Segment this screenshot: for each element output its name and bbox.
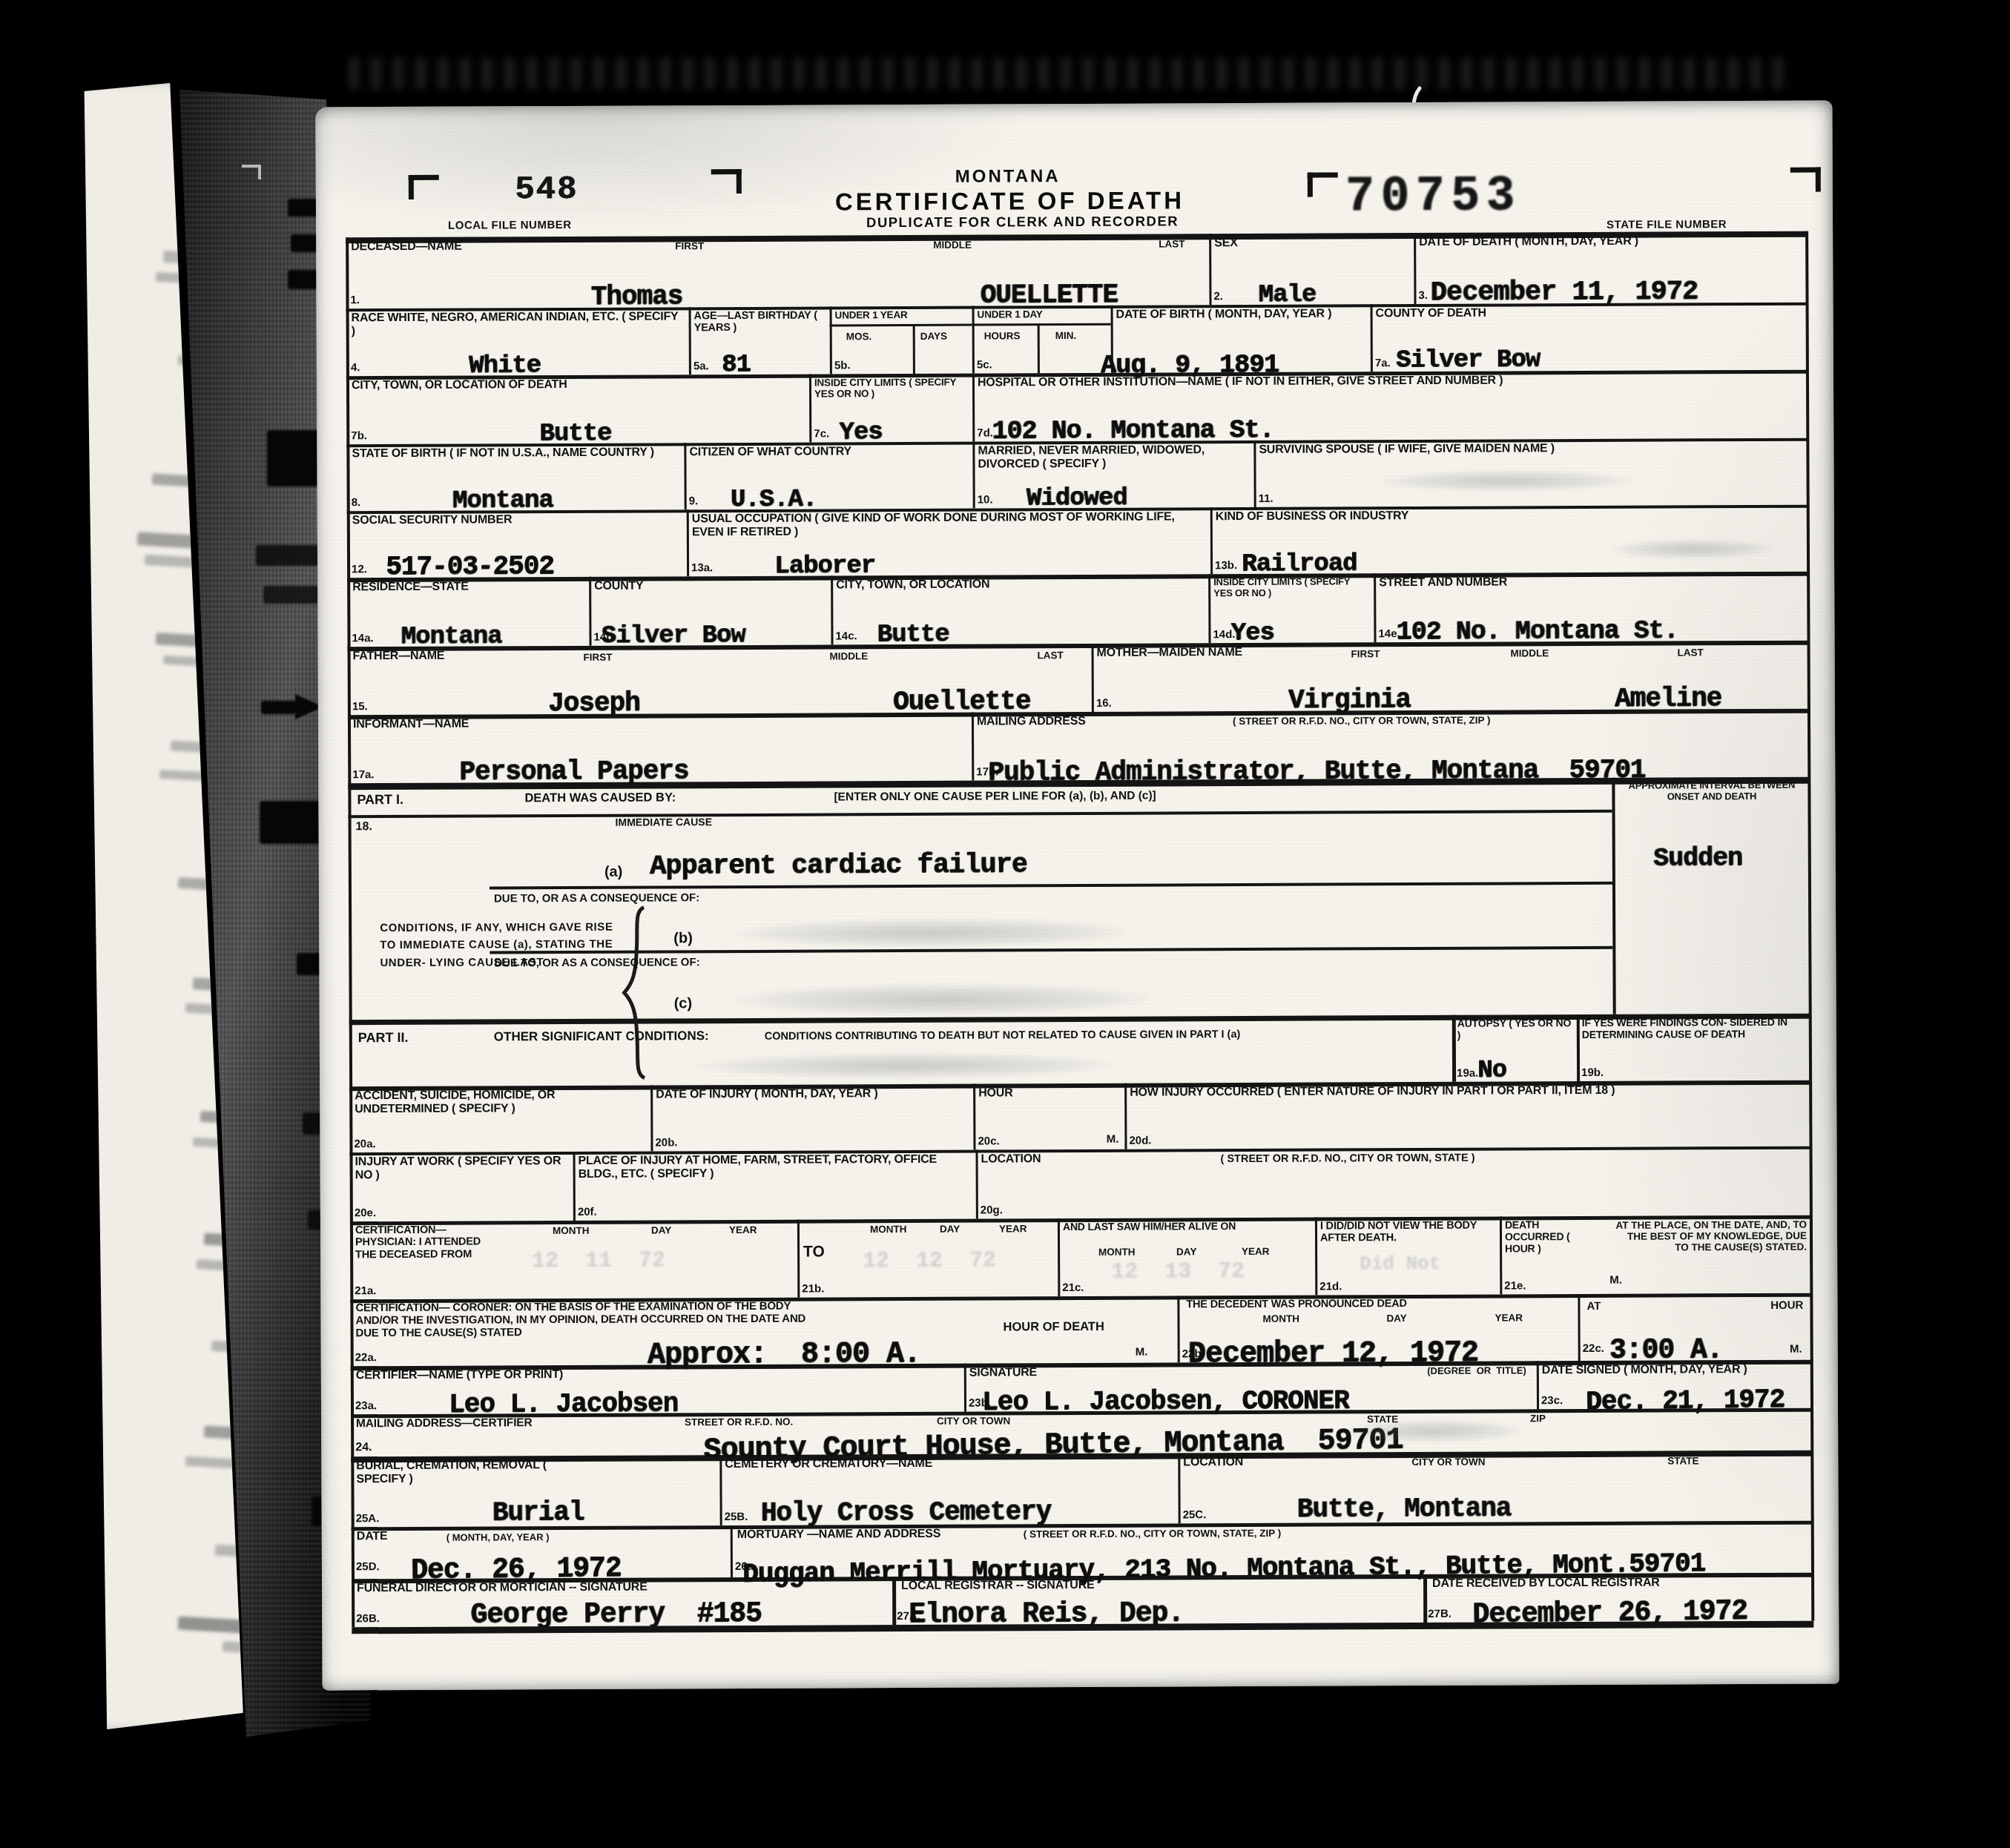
field-label: SOCIAL SECURITY NUMBER — [352, 513, 513, 527]
field-state-of-birth: STATE OF BIRTH ( IF NOT IN U.S.A., NAME … — [346, 443, 684, 511]
column-label: MOS. — [846, 331, 872, 342]
field-number: 22c. — [1583, 1342, 1604, 1355]
field-county-of-death: COUNTY OF DEATH 7a. Silver Bow — [1371, 303, 1808, 372]
field-date-of-injury: DATE OF INJURY ( MONTH, DAY, YEAR ) 20b. — [650, 1084, 973, 1152]
form-title: CERTIFICATE OF DEATH — [835, 186, 1184, 216]
field-label: DATE SIGNED ( MONTH, DAY, YEAR ) — [1542, 1363, 1747, 1377]
field-deceased-name: DECEASED—NAME FIRST MIDDLE LAST 1. Thoma… — [346, 234, 1209, 308]
ghost-text: 12 13 72 — [1111, 1259, 1245, 1285]
field-label: LOCATION — [1183, 1456, 1243, 1469]
field-number: 15. — [352, 700, 368, 713]
column-label: YEAR — [1242, 1246, 1270, 1257]
field-father-name: FATHER—NAME FIRST MIDDLE LAST 15. Joseph… — [348, 644, 1092, 715]
field-label: INSIDE CITY LIMITS ( SPECIFY YES OR NO ) — [814, 377, 969, 400]
column-label: MONTH — [1262, 1313, 1299, 1324]
column-label: MIDDLE — [1511, 647, 1549, 659]
field-value: Butte, Montana — [1297, 1495, 1512, 1522]
field-date-received: DATE RECEIVED BY LOCAL REGISTRAR 27B. De… — [1423, 1573, 1813, 1623]
column-label: DAY — [1386, 1313, 1406, 1324]
ghost-text: 12 11 72 — [532, 1248, 665, 1274]
field-label: AND LAST SAW HIM/HER ALIVE ON — [1063, 1221, 1312, 1233]
field-marital-status: MARRIED, NEVER MARRIED, WIDOWED, DIVORCE… — [972, 440, 1253, 509]
field-last-saw-alive: AND LAST SAW HIM/HER ALIVE ON MONTH DAY … — [1058, 1218, 1315, 1297]
crop-mark — [242, 165, 261, 179]
field-inside-city-limits: INSIDE CITY LIMITS ( SPECIFY YES OR NO )… — [809, 374, 972, 443]
field-number: 25C. — [1183, 1508, 1207, 1521]
field-cert-physician: CERTIFICATION— PHYSICIAN: I ATTENDED THE… — [350, 1220, 797, 1300]
field-autopsy-findings: IF YES WERE FINDINGS CON- SIDERED IN DET… — [1577, 1014, 1811, 1081]
field-label: CERTIFICATION— CORONER: ON THE BASIS OF … — [355, 1300, 830, 1340]
column-label: FIRST — [1351, 648, 1380, 659]
field-number: 1. — [350, 294, 360, 306]
field-value: Joseph — [548, 690, 640, 718]
local-file-number: 548 — [515, 171, 578, 208]
field-number: 16. — [1096, 697, 1112, 710]
stain — [735, 983, 1150, 1016]
field-cert-physician-to: TO MONTH DAY YEAR 21b. 12 12 72 — [797, 1218, 1058, 1298]
field-label: BURIAL, CREMATION, REMOVAL ( SPECIFY ) — [356, 1459, 564, 1486]
field-sublabel: ( STREET OR R.F.D. NO., CITY OR TOWN, ST… — [1024, 1528, 1282, 1540]
meridiem-label: M. — [1790, 1343, 1802, 1356]
field-number: 20c. — [978, 1135, 999, 1147]
ghost-text: Did Not — [1360, 1253, 1440, 1275]
field-date-signed: DATE SIGNED ( MONTH, DAY, YEAR ) 23c. De… — [1537, 1360, 1813, 1410]
field-date-of-death: DATE OF DEATH ( MONTH, DAY, YEAR ) 3. De… — [1414, 231, 1808, 304]
column-label: DAYS — [920, 331, 947, 342]
field-residence-limits: INSIDE CITY LIMITS ( SPECIFY YES OR NO )… — [1208, 573, 1374, 643]
field-value: Sudden — [1653, 845, 1742, 872]
field-how-injury: HOW INJURY OCCURRED ( ENTER NATURE OF IN… — [1124, 1080, 1811, 1149]
field-number: 5a. — [693, 360, 709, 372]
field-date-of-birth: DATE OF BIRTH ( MONTH, DAY, YEAR ) Aug. … — [1111, 304, 1371, 373]
microfilm-scan-death-certificate: 548 LOCAL FILE NUMBER MONTANA CERTIFICAT… — [0, 0, 2010, 1848]
field-number: 20g. — [981, 1204, 1003, 1216]
field-label: CERTIFICATION— PHYSICIAN: I ATTENDED THE… — [355, 1224, 485, 1261]
field-place-of-injury: PLACE OF INJURY AT HOME, FARM, STREET, F… — [573, 1150, 976, 1221]
binding-mark — [261, 701, 297, 714]
field-label: FATHER—NAME — [353, 650, 445, 664]
rule — [490, 882, 1612, 890]
field-label: AUTOPSY ( YES OR NO ) — [1457, 1017, 1577, 1041]
field-label: MAILING ADDRESS — [977, 715, 1086, 729]
field-label: DATE OF DEATH ( MONTH, DAY, YEAR ) — [1419, 235, 1638, 249]
field-number: 20f. — [578, 1206, 597, 1218]
field-number: 13b. — [1215, 559, 1237, 572]
field-value: Thomas — [590, 283, 682, 311]
field-label: TO — [803, 1243, 825, 1261]
field-mother-name: MOTHER—MAIDEN NAME FIRST MIDDLE LAST 16.… — [1092, 641, 1810, 712]
hour-of-death-label: HOUR OF DEATH — [1003, 1320, 1104, 1335]
column-label: YEAR — [729, 1224, 757, 1235]
field-age: AGE—LAST BIRTHDAY ( YEARS ) 5a. 81 — [689, 306, 830, 374]
column-label: MIN. — [1055, 330, 1077, 341]
stain — [734, 918, 1127, 948]
field-number: 21a. — [355, 1284, 376, 1297]
field-value: George Perry #185 — [470, 1600, 762, 1630]
part1-interval-column: APPROXIMATE INTERVAL BETWEEN ONSET AND D… — [1612, 777, 1810, 1014]
field-residence-city: CITY, TOWN, OR LOCATION 14c. Butte — [831, 574, 1208, 644]
field-label: STATE OF BIRTH ( IF NOT IN U.S.A., NAME … — [352, 446, 679, 461]
field-label: SIGNATURE — [969, 1366, 1037, 1379]
field-city-of-death: CITY, TOWN, OR LOCATION OF DEATH 7b. But… — [346, 374, 809, 445]
column-label: MIDDLE — [830, 650, 869, 661]
field-number: 26B. — [356, 1612, 380, 1625]
field-label: KIND OF BUSINESS OR INDUSTRY — [1216, 509, 1409, 524]
death-certificate-page: 548 LOCAL FILE NUMBER MONTANA CERTIFICAT… — [315, 101, 1839, 1691]
column-label: CITY OR TOWN — [1411, 1456, 1485, 1468]
field-label: PLACE OF INJURY AT HOME, FARM, STREET, F… — [579, 1153, 969, 1181]
field-label: APPROXIMATE INTERVAL BETWEEN ONSET AND D… — [1618, 780, 1805, 802]
part1-title: PART I. — [357, 792, 403, 808]
stain — [1611, 539, 1774, 559]
field-ssn: SOCIAL SECURITY NUMBER 12. 517-03-2502 — [347, 509, 687, 578]
field-burial-date: DATE ( MONTH, DAY, YEAR ) 25D. Dec. 26, … — [352, 1525, 731, 1579]
column-label: DAY — [1176, 1246, 1196, 1257]
part2-section: PART II. OTHER SIGNIFICANT CONDITIONS: C… — [349, 1015, 1452, 1086]
film-noise — [349, 58, 1795, 89]
field-label: HOSPITAL OR OTHER INSTITUTION—NAME ( IF … — [978, 374, 1503, 389]
column-label: DAY — [940, 1224, 960, 1235]
field-label: COUNTY OF DEATH — [1376, 307, 1486, 321]
field-surviving-spouse: SURVIVING SPOUSE ( IF WIFE, GIVE MAIDEN … — [1253, 438, 1808, 507]
column-label: HOURS — [984, 330, 1021, 341]
field-value: December 26, 1972 — [1472, 1597, 1747, 1629]
field-label: MORTUARY —NAME AND ADDRESS — [737, 1528, 941, 1542]
field-number: 21b. — [802, 1282, 824, 1295]
field-label: AGE—LAST BIRTHDAY ( YEARS ) — [694, 309, 827, 334]
field-industry: KIND OF BUSINESS OR INDUSTRY 13b. Railro… — [1210, 505, 1809, 575]
immediate-cause-label: IMMEDIATE CAUSE — [616, 816, 712, 828]
field-number: 14a. — [352, 632, 373, 644]
field-number: 19a. — [1457, 1067, 1478, 1080]
field-label: CEMETERY OR CREMATORY—NAME — [725, 1457, 932, 1471]
field-label: CERTIFIER—NAME (TYPE OR PRINT) — [356, 1368, 563, 1382]
field-label: ACCIDENT, SUICIDE, HOMICIDE, OR UNDETERM… — [355, 1089, 646, 1117]
field-number: 19b. — [1581, 1066, 1604, 1079]
field-number: 25A. — [356, 1512, 380, 1525]
registration-mark — [1308, 172, 1338, 197]
meridiem-label: M. — [1136, 1346, 1148, 1359]
field-label: IF YES WERE FINDINGS CON- SIDERED IN DET… — [1582, 1017, 1807, 1041]
field-label: DATE OF BIRTH ( MONTH, DAY, YEAR ) — [1116, 307, 1366, 322]
field-number: 23c. — [1541, 1394, 1563, 1407]
field-number: 2. — [1213, 290, 1223, 303]
field-value: Holy Cross Cemetery — [761, 1499, 1052, 1527]
field-number: 21c. — [1062, 1281, 1084, 1294]
field-label: UNDER 1 YEAR — [835, 309, 908, 321]
part2-sublabel: CONDITIONS CONTRIBUTING TO DEATH BUT NOT… — [765, 1028, 1432, 1043]
field-number: 27B. — [1428, 1608, 1452, 1620]
column-label: LAST — [1038, 650, 1064, 661]
field-race: RACE WHITE, NEGRO, AMERICAN INDIAN, ETC.… — [346, 307, 689, 376]
column-label: STATE — [1667, 1455, 1698, 1466]
field-label: COUNTY — [594, 580, 643, 593]
field-label: MAILING ADDRESS—CERTIFIER — [356, 1416, 532, 1430]
field-number: 14c. — [835, 630, 857, 642]
local-file-number-label: LOCAL FILE NUMBER — [448, 219, 572, 232]
field-label: RACE WHITE, NEGRO, AMERICAN INDIAN, ETC.… — [352, 310, 685, 338]
part2-label: OTHER SIGNIFICANT CONDITIONS: — [494, 1029, 709, 1044]
stain — [1380, 470, 1632, 492]
column-label: LAST — [1159, 238, 1184, 249]
meridiem-label: M. — [1609, 1274, 1622, 1287]
field-hour-of-injury: HOUR 20c. M. — [973, 1083, 1124, 1150]
field-injury-at-work: INJURY AT WORK ( SPECIFY YES OR NO ) 20e… — [350, 1152, 573, 1221]
field-label: CITY, TOWN, OR LOCATION — [836, 578, 989, 593]
field-number: 25D. — [356, 1560, 380, 1573]
cause-line-a-label: (a) — [604, 864, 623, 881]
cause-line-c-label: (c) — [674, 995, 693, 1012]
column-label: LAST — [1678, 647, 1704, 658]
meridiem-label: M. — [1107, 1133, 1119, 1146]
part1-caused-by-label: DEATH WAS CAUSED BY: — [524, 791, 676, 805]
column-label: YEAR — [1495, 1312, 1523, 1323]
field-label: CITY, TOWN, OR LOCATION OF DEATH — [352, 378, 567, 392]
field-label: THE DECEDENT WAS PRONOUNCED DEAD — [1186, 1298, 1406, 1311]
registration-mark — [409, 175, 439, 199]
field-number: 22a. — [355, 1351, 377, 1364]
form-state: MONTANA — [955, 166, 1061, 188]
field-label: INFORMANT—NAME — [353, 718, 469, 732]
column-label: MONTH — [870, 1224, 907, 1235]
field-number: 7c. — [814, 427, 829, 440]
field-number: 13a. — [691, 561, 713, 574]
registration-mark — [1790, 168, 1821, 192]
field-number: 20e. — [355, 1207, 376, 1219]
field-number: 23a. — [355, 1399, 377, 1412]
field-label: DEATH OCCURRED ( HOUR ) — [1505, 1219, 1594, 1255]
field-label: FUNERAL DIRECTOR OR MORTICIAN -- SIGNATU… — [357, 1581, 648, 1596]
field-label: I DID/DID NOT VIEW THE BODY AFTER DEATH. — [1320, 1220, 1495, 1245]
field-occupation: USUAL OCCUPATION ( GIVE KIND OF WORK DON… — [687, 507, 1210, 576]
field-cemetery: CEMETERY OR CREMATORY—NAME 25B. Holy Cro… — [719, 1453, 1178, 1525]
registration-mark — [711, 169, 742, 194]
field-number: 20a. — [354, 1138, 375, 1150]
field-value: Silver Bow — [1396, 347, 1540, 373]
attestation-note: AT THE PLACE, ON THE DATE, AND, TO THE B… — [1612, 1219, 1807, 1253]
hour-label: HOUR — [1770, 1299, 1803, 1312]
field-funeral-director: FUNERAL DIRECTOR OR MORTICIAN -- SIGNATU… — [352, 1577, 892, 1627]
field-label: DATE — [357, 1530, 388, 1543]
field-under-1-day: UNDER 1 DAY HOURS MIN. 5c. — [972, 306, 1111, 374]
state-file-number: 70753 — [1345, 168, 1521, 227]
field-label: STREET AND NUMBER — [1379, 575, 1507, 590]
field-label: LOCATION — [981, 1152, 1041, 1166]
field-number: 25B. — [725, 1511, 748, 1523]
field-cemetery-location: LOCATION CITY OR TOWN STATE 25C. Butte, … — [1178, 1451, 1813, 1524]
column-label: MIDDLE — [933, 240, 972, 251]
field-number: 17a. — [352, 768, 374, 781]
column-label: FIRST — [584, 652, 613, 663]
field-residence-street: STREET AND NUMBER 14e. 102 No. Montana S… — [1374, 572, 1809, 643]
field-label: UNDER 1 DAY — [978, 308, 1043, 320]
column-label: ZIP — [1530, 1413, 1546, 1424]
stain — [1345, 1419, 1523, 1442]
field-number: 21d. — [1319, 1280, 1342, 1293]
state-file-number-label: STATE FILE NUMBER — [1607, 218, 1727, 231]
field-number: 7b. — [351, 429, 367, 442]
field-label: SEX — [1214, 237, 1238, 250]
field-cert-coroner: CERTIFICATION— CORONER: ON THE BASIS OF … — [350, 1296, 1177, 1366]
due-to-label: DUE TO, OR AS A CONSEQUENCE OF: — [494, 891, 699, 905]
field-number: 4. — [351, 361, 360, 374]
field-certifier-name: CERTIFIER—NAME (TYPE OR PRINT) 23a. Leo … — [351, 1364, 964, 1415]
field-number: 7a. — [1375, 357, 1391, 369]
field-number: 18. — [356, 820, 372, 834]
field-autopsy: AUTOPSY ( YES OR NO ) 19a. No — [1452, 1014, 1577, 1082]
rule — [490, 946, 1612, 954]
field-label: MOTHER—MAIDEN NAME — [1097, 646, 1242, 660]
field-residence-county: COUNTY 14b. Silver Bow — [589, 575, 831, 645]
field-mortuary: MORTUARY —NAME AND ADDRESS ( STREET OR R… — [731, 1521, 1813, 1577]
field-sublabel: ( STREET OR R.F.D. NO., CITY OR TOWN, ST… — [1221, 1152, 1475, 1165]
field-label: HOUR — [978, 1086, 1012, 1100]
column-label: FIRST — [675, 240, 704, 251]
part2-title: PART II. — [358, 1030, 409, 1046]
field-pronounced-dead: THE DECEDENT WAS PRONOUNCED DEAD MONTH D… — [1177, 1294, 1578, 1362]
field-value: No — [1477, 1057, 1506, 1083]
field-viewed-body: I DID/DID NOT VIEW THE BODY AFTER DEATH.… — [1315, 1217, 1500, 1296]
field-death-occurred: DEATH OCCURRED ( HOUR ) AT THE PLACE, ON… — [1500, 1215, 1812, 1295]
field-number: 7d. — [977, 426, 993, 439]
field-label: INJURY AT WORK ( SPECIFY YES OR NO ) — [355, 1155, 569, 1182]
field-number: 8. — [352, 496, 361, 509]
field-label: INSIDE CITY LIMITS ( SPECIFY YES OR NO ) — [1213, 576, 1371, 598]
field-label: RESIDENCE—STATE — [352, 581, 469, 595]
column-label: CITY OR TOWN — [937, 1415, 1010, 1426]
field-number: 20b. — [655, 1136, 677, 1149]
due-to-label: DUE TO, OR AS A CONSEQUENCE OF: — [494, 956, 699, 969]
column-label: MONTH — [1098, 1247, 1136, 1258]
field-number: 20d. — [1129, 1135, 1151, 1147]
field-residence-state: RESIDENCE—STATE 14a. Montana — [347, 577, 589, 647]
field-number: 5c. — [977, 358, 992, 371]
column-label: DAY — [651, 1224, 671, 1235]
bleed-through-text — [178, 1617, 246, 1634]
field-pronounced-hour: AT HOUR 22c. 3:00 A. M. — [1578, 1293, 1812, 1361]
field-label: SURVIVING SPOUSE ( IF WIFE, GIVE MAIDEN … — [1259, 442, 1555, 457]
field-certifier-signature: SIGNATURE (DEGREE OR TITLE) 23b. Leo L. … — [964, 1361, 1537, 1411]
part1-note: [ENTER ONLY ONE CAUSE PER LINE FOR (a), … — [834, 790, 1156, 805]
column-label: YEAR — [999, 1223, 1027, 1234]
field-value: Elnora Reis, Dep. — [909, 1600, 1184, 1629]
field-sublabel: (DEGREE OR TITLE) — [1427, 1364, 1526, 1376]
column-label: MONTH — [553, 1225, 590, 1236]
field-number: 12. — [352, 563, 367, 575]
field-informant-address: MAILING ADDRESS ( STREET OR R.F.D. NO., … — [972, 709, 1810, 781]
field-under-1-year: UNDER 1 YEAR MOS. DAYS 5b. — [830, 306, 972, 374]
stain — [698, 1052, 1113, 1079]
field-label: CITIZEN OF WHAT COUNTRY — [689, 445, 851, 459]
field-sublabel: ( MONTH, DAY, YEAR ) — [447, 1531, 550, 1543]
field-burial: BURIAL, CREMATION, REMOVAL ( SPECIFY ) 2… — [351, 1455, 719, 1527]
cause-line-b-label: (b) — [673, 930, 693, 947]
field-hospital: HOSPITAL OR OTHER INSTITUTION—NAME ( IF … — [972, 370, 1808, 442]
field-value: Burial — [492, 1499, 584, 1527]
cause-a-value: Apparent cardiac failure — [650, 851, 1027, 880]
at-label: AT — [1586, 1300, 1601, 1313]
field-number: 5b. — [834, 359, 851, 372]
form-subtitle: DUPLICATE FOR CLERK AND RECORDER — [866, 213, 1179, 231]
field-label: MARRIED, NEVER MARRIED, WIDOWED, DIVORCE… — [978, 443, 1249, 472]
field-label: USUAL OCCUPATION ( GIVE KIND OF WORK DON… — [692, 510, 1203, 539]
field-number: 21e. — [1504, 1279, 1526, 1292]
field-label: DATE OF INJURY ( MONTH, DAY, YEAR ) — [656, 1087, 877, 1101]
field-label: LOCAL REGISTRAR -- SIGNATURE — [901, 1579, 1095, 1593]
field-number: 24. — [355, 1441, 372, 1454]
field-injury-location: LOCATION ( STREET OR R.F.D. NO., CITY OR… — [975, 1146, 1811, 1219]
field-citizen: CITIZEN OF WHAT COUNTRY 9. U.S.A. — [684, 442, 972, 510]
field-accident: ACCIDENT, SUICIDE, HOMICIDE, OR UNDETERM… — [349, 1086, 650, 1153]
field-label: HOW INJURY OCCURRED ( ENTER NATURE OF IN… — [1130, 1084, 1615, 1100]
column-label: STREET OR R.F.D. NO. — [685, 1416, 793, 1428]
field-number: 10. — [978, 493, 993, 506]
ghost-text: 12 12 72 — [863, 1248, 996, 1274]
field-number: 3. — [1418, 289, 1428, 302]
field-sublabel: ( STREET OR R.F.D. NO., CITY OR TOWN, ST… — [1233, 715, 1491, 727]
field-label: DATE RECEIVED BY LOCAL REGISTRAR — [1432, 1577, 1660, 1591]
field-label: DECEASED—NAME — [351, 240, 461, 254]
field-number: 11. — [1259, 492, 1273, 505]
field-certifier-address: MAILING ADDRESS—CERTIFIER STREET OR R.F.… — [351, 1408, 1813, 1457]
field-local-registrar: LOCAL REGISTRAR -- SIGNATURE 27A. Elnora… — [892, 1574, 1423, 1625]
field-sex: SEX 2. Male — [1209, 233, 1414, 305]
part1-header: PART I. DEATH WAS CAUSED BY: [ENTER ONLY… — [348, 778, 1612, 815]
field-informant: INFORMANT—NAME 17a. Personal Papers — [348, 713, 972, 784]
field-number: 9. — [689, 495, 699, 507]
